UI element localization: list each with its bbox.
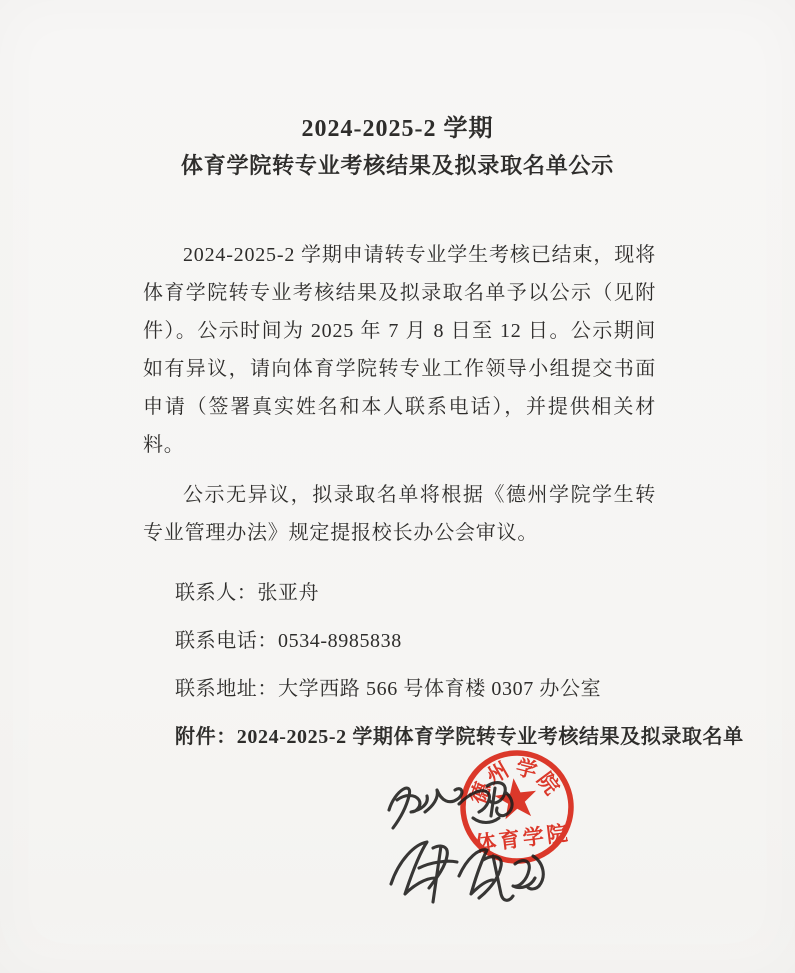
body-paragraph-1: 2024-2025-2 学期申请转专业学生考核已结束，现将体育学院转专业考核结果… [143,236,656,464]
body-paragraph-2: 公示无异议，拟录取名单将根据《德州学院学生转专业管理办法》规定提报校长办公会审议… [143,476,656,552]
document-title-main: 体育学院转专业考核结果及拟录取名单公示 [0,149,795,180]
seal-and-signature-area: 德 州 学 院 体育学院 [375,728,645,938]
contact-phone-line: 联系电话：0534-8985838 [175,617,735,665]
announcement-document: 2024-2025-2 学期 体育学院转专业考核结果及拟录取名单公示 2024-… [0,0,795,973]
document-body: 2024-2025-2 学期申请转专业学生考核已结束，现将体育学院转专业考核结果… [143,236,656,552]
document-title-semester: 2024-2025-2 学期 [0,108,795,143]
seal-inner-text: 体育学院 [474,821,572,857]
official-seal: 德 州 学 院 体育学院 [457,747,577,867]
contact-address-line: 联系地址：大学西路 566 号体育楼 0307 办公室 [175,665,735,713]
seal-signature-svg: 德 州 学 院 体育学院 [375,728,645,938]
contact-person-line: 联系人：张亚舟 [175,569,735,617]
